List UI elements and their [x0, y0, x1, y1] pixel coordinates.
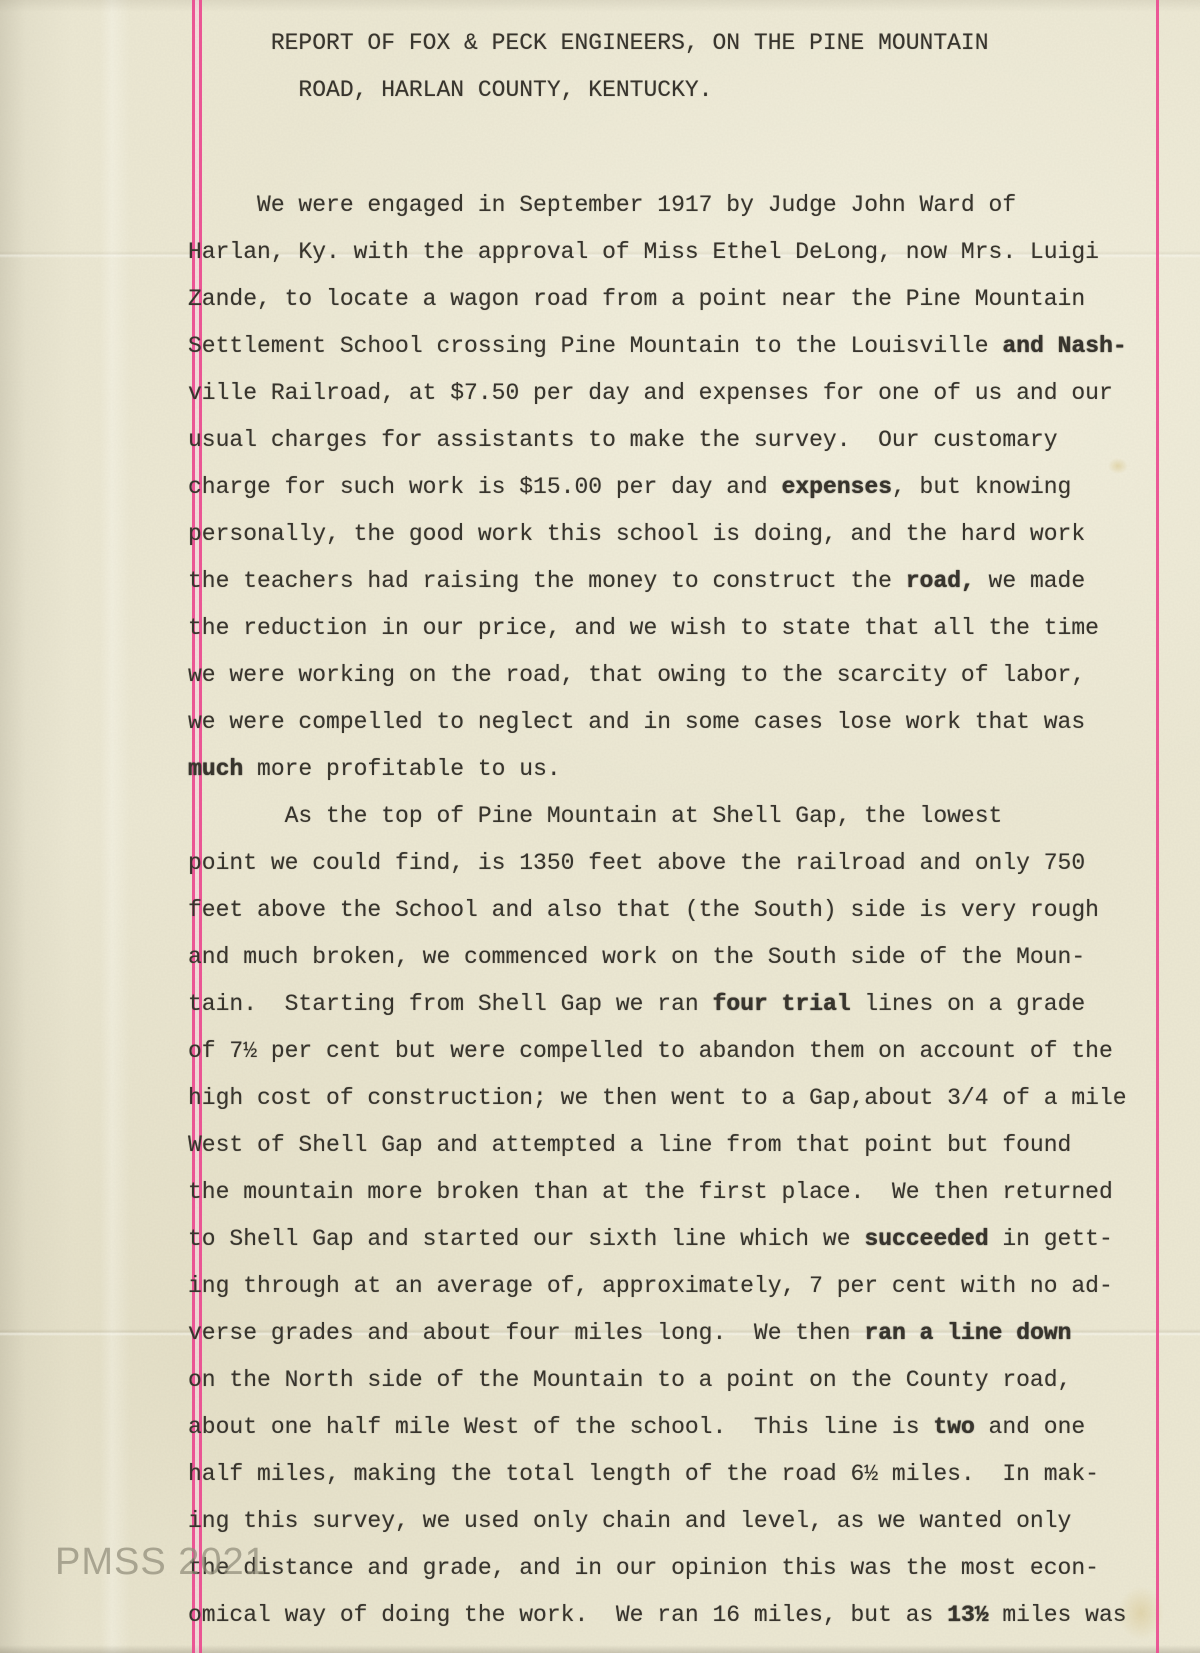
document-title: REPORT OF FOX & PECK ENGINEERS, ON THE P…: [188, 20, 989, 114]
text-line: we were working on the road, that owing …: [188, 652, 1127, 699]
right-margin-rule: [1156, 0, 1159, 1653]
text-line: verse grades and about four miles long. …: [188, 1310, 1127, 1357]
text-line: ville Railroad, at $7.50 per day and exp…: [188, 370, 1127, 417]
text-line: ing through at an average of, approximat…: [188, 1263, 1127, 1310]
text-line: the distance and grade, and in our opini…: [188, 1545, 1127, 1592]
text-line: West of Shell Gap and attempted a line f…: [188, 1122, 1127, 1169]
watermark-text: PMSS 2021: [55, 1541, 267, 1584]
text-line: point we could find, is 1350 feet above …: [188, 840, 1127, 887]
text-line: As the top of Pine Mountain at Shell Gap…: [188, 793, 1127, 840]
text-line: We were engaged in September 1917 by Jud…: [188, 182, 1127, 229]
text-line: REPORT OF FOX & PECK ENGINEERS, ON THE P…: [188, 20, 989, 67]
text-line: and much broken, we commenced work on th…: [188, 934, 1127, 981]
text-line: half miles, making the total length of t…: [188, 1451, 1127, 1498]
text-line: we were compelled to neglect and in some…: [188, 699, 1127, 746]
text-line: much more profitable to us.: [188, 746, 1127, 793]
text-line: personally, the good work this school is…: [188, 511, 1127, 558]
text-line: of 7½ per cent but were compelled to aba…: [188, 1028, 1127, 1075]
text-line: Settlement School crossing Pine Mountain…: [188, 323, 1127, 370]
text-line: high cost of construction; we then went …: [188, 1075, 1127, 1122]
text-line: the mountain more broken than at the fir…: [188, 1169, 1127, 1216]
text-line: ing this survey, we used only chain and …: [188, 1498, 1127, 1545]
document-body: We were engaged in September 1917 by Jud…: [188, 182, 1127, 1639]
text-line: charge for such work is $15.00 per day a…: [188, 464, 1127, 511]
text-line: the reduction in our price, and we wish …: [188, 605, 1127, 652]
text-line: usual charges for assistants to make the…: [188, 417, 1127, 464]
text-line: omical way of doing the work. We ran 16 …: [188, 1592, 1127, 1639]
text-line: tain. Starting from Shell Gap we ran fou…: [188, 981, 1127, 1028]
text-line: Zande, to locate a wagon road from a poi…: [188, 276, 1127, 323]
text-line: feet above the School and also that (the…: [188, 887, 1127, 934]
text-line: to Shell Gap and started our sixth line …: [188, 1216, 1127, 1263]
text-line: on the North side of the Mountain to a p…: [188, 1357, 1127, 1404]
text-line: the teachers had raising the money to co…: [188, 558, 1127, 605]
scanned-document-page: REPORT OF FOX & PECK ENGINEERS, ON THE P…: [0, 0, 1200, 1653]
text-line: ROAD, HARLAN COUNTY, KENTUCKY.: [188, 67, 989, 114]
text-line: about one half mile West of the school. …: [188, 1404, 1127, 1451]
text-line: Harlan, Ky. with the approval of Miss Et…: [188, 229, 1127, 276]
